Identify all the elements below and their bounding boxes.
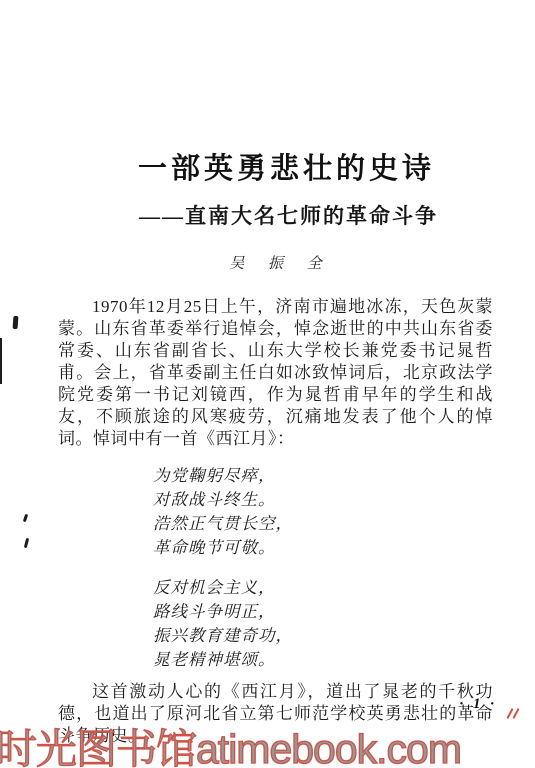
verse-line: 革命晚节可敬。 <box>153 536 493 560</box>
verse-line: 浩然正气贯长空， <box>153 512 493 536</box>
verse-line: 晁老精神堪颂。 <box>153 648 493 672</box>
verse-line: 反对机会主义， <box>153 576 493 600</box>
scan-edge-mark <box>0 338 2 384</box>
verse-stanza-2: 反对机会主义， 路线斗争明正， 振兴教育建奇功， 晁老精神堪颂。 <box>153 576 493 672</box>
watermark-text: 时光图书馆atimebook.com <box>0 716 461 768</box>
scan-speck <box>24 538 29 548</box>
page-number: · 1 · <box>460 696 498 713</box>
scan-speck <box>13 316 19 329</box>
page-title: 一部英勇悲壮的史诗 <box>58 146 493 187</box>
verse-line: 为党鞠躬尽瘁， <box>153 464 493 488</box>
paragraph-intro: 1970年12月25日上午，济南市遍地冰冻，天色灰蒙蒙。山东省革委举行追悼会，悼… <box>58 296 493 450</box>
scanned-book-page: 一部英勇悲壮的史诗 ——直南大名七师的革命斗争 吴 振 全 1970年12月25… <box>0 0 535 768</box>
scan-speck <box>23 514 28 523</box>
verse-stanza-1: 为党鞠躬尽瘁， 对敌战斗终生。 浩然正气贯长空， 革命晚节可敬。 <box>153 464 493 560</box>
verse-line: 路线斗争明正， <box>153 600 493 624</box>
page-subtitle: ——直南大名七师的革命斗争 <box>58 200 493 230</box>
verse-line: 振兴教育建奇功， <box>153 624 493 648</box>
red-ink-mark <box>505 708 521 720</box>
author-name: 吴 振 全 <box>58 252 493 273</box>
verse-line: 对敌战斗终生。 <box>153 488 493 512</box>
